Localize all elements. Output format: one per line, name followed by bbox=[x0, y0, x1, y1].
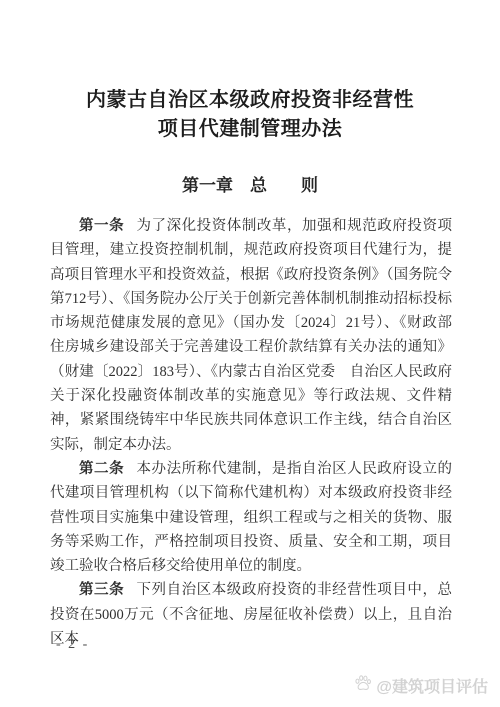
chapter-heading: 第一章 总 则 bbox=[0, 176, 500, 196]
watermark-text: @建筑项目评估 bbox=[376, 674, 488, 697]
watermark: @建筑项目评估 bbox=[354, 674, 488, 697]
document-title: 内蒙古自治区本级政府投资非经营性 项目代建制管理办法 bbox=[0, 86, 500, 144]
paw-icon bbox=[354, 674, 372, 697]
article-1: 第一条为了深化投资体制改革，加强和规范政府投资项目管理，建立投资控制机制，规范政… bbox=[50, 214, 452, 457]
article-1-label: 第一条 bbox=[79, 218, 124, 234]
article-2-label: 第二条 bbox=[79, 461, 124, 477]
title-line-1: 内蒙古自治区本级政府投资非经营性 bbox=[0, 86, 500, 115]
article-3: 第三条下列自治区本级政府投资的非经营性项目中，总投资在5000万元（不含征地、房… bbox=[50, 578, 452, 651]
article-2: 第二条本办法所称代建制，是指自治区人民政府设立的代建项目管理机构（以下简称代建机… bbox=[50, 457, 452, 578]
document-body: 第一条为了深化投资体制改革，加强和规范政府投资项目管理，建立投资控制机制，规范政… bbox=[50, 214, 452, 651]
document-page: 内蒙古自治区本级政府投资非经营性 项目代建制管理办法 第一章 总 则 第一条为了… bbox=[0, 0, 500, 707]
article-1-text: 为了深化投资体制改革，加强和规范政府投资项目管理，建立投资控制机制，规范政府投资… bbox=[50, 218, 467, 453]
article-3-label: 第三条 bbox=[79, 582, 124, 598]
page-number: - 2 - bbox=[56, 637, 89, 653]
article-2-text: 本办法所称代建制，是指自治区人民政府设立的代建项目管理机构（以下简称代建机构）对… bbox=[50, 461, 452, 574]
title-line-2: 项目代建制管理办法 bbox=[0, 115, 500, 144]
